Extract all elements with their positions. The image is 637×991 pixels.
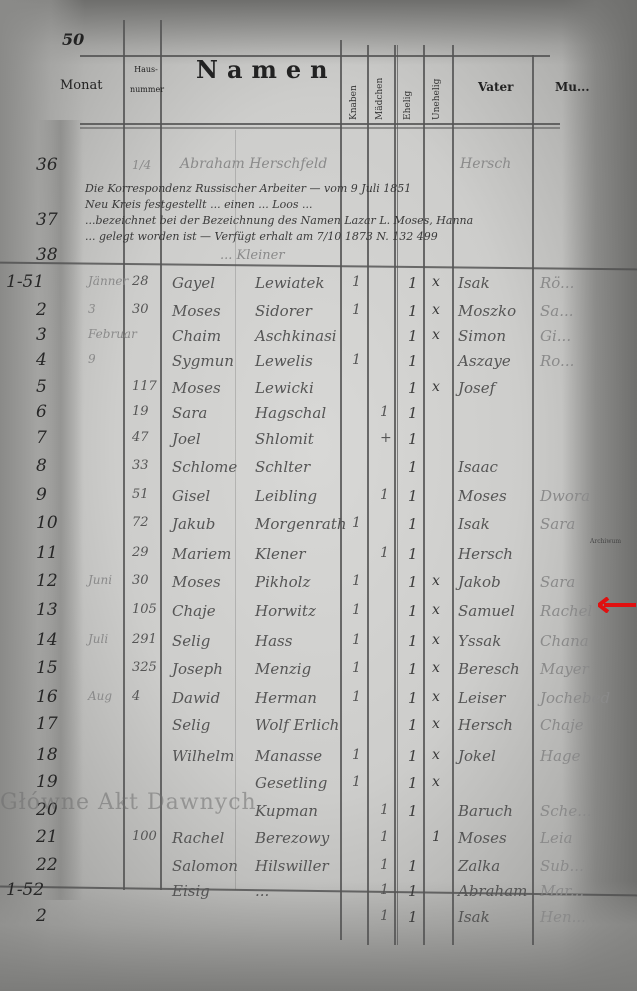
header-names: Namen <box>196 55 337 84</box>
house-cell: 117 <box>132 379 157 394</box>
legit-cell: 1 <box>408 352 418 370</box>
boy-cell: 1 <box>352 302 361 318</box>
boy-cell: 1 <box>352 515 361 531</box>
legit-cell: 1 <box>408 857 418 875</box>
row-index: 4 <box>36 350 47 370</box>
row-index: 10 <box>36 513 58 533</box>
first-cell: Selig <box>172 716 210 734</box>
boy-cell: 1 <box>352 689 361 705</box>
last-cell: Manasse <box>255 747 322 765</box>
mother-cell: Chana <box>540 632 589 650</box>
father-cell: Josef <box>458 379 495 397</box>
father-cell: Hersch <box>458 716 513 734</box>
first-cell: Salomon <box>172 857 238 875</box>
girl-cell: 1 <box>380 857 389 873</box>
first-cell: Gisel <box>172 487 210 505</box>
illeg-cell: x <box>432 689 440 705</box>
girl-cell: + <box>380 430 392 446</box>
boy-cell: 1 <box>352 774 361 790</box>
first-cell: Sygmun <box>172 352 234 370</box>
father-name: Hersch <box>460 156 511 172</box>
father-cell: Abraham <box>458 882 527 900</box>
month-cell: 3 <box>88 302 96 316</box>
house-number: 1/4 <box>132 158 151 172</box>
first-cell: Chaje <box>172 602 216 620</box>
year-divider-1851 <box>0 262 637 271</box>
row-index: 22 <box>36 855 58 875</box>
month-cell: Jänner <box>88 274 128 288</box>
father-cell: Simon <box>458 327 506 345</box>
legit-cell: 1 <box>408 802 418 820</box>
col-rule-boys <box>367 45 369 945</box>
first-cell: Joel <box>172 430 201 448</box>
house-cell: 19 <box>132 404 149 419</box>
legit-cell: 1 <box>408 602 418 620</box>
girl-cell: 1 <box>380 545 389 561</box>
last-cell: Gesetling <box>255 774 327 792</box>
header-girls: Mädchen <box>375 65 385 120</box>
header-legitimate: Ehelig <box>403 75 413 120</box>
last-cell: Morgenrath <box>255 515 347 533</box>
house-cell: 28 <box>132 274 149 289</box>
first-cell: Moses <box>172 573 221 591</box>
last-cell: ... <box>255 882 269 900</box>
father-cell: Isak <box>458 274 490 292</box>
child-name: ... Kleiner <box>220 248 285 263</box>
mother-cell: Gi... <box>540 327 571 345</box>
legit-cell: 1 <box>408 515 418 533</box>
row-index: 36 <box>36 155 58 175</box>
header-father: Vater <box>478 80 513 94</box>
row-index: 38 <box>36 245 58 265</box>
last-cell: Horwitz <box>255 602 316 620</box>
house-cell: 325 <box>132 660 157 675</box>
col-rule-legit <box>423 45 425 945</box>
row-index: 21 <box>36 827 58 847</box>
father-cell: Jakob <box>458 573 501 591</box>
legit-cell: 1 <box>408 458 418 476</box>
row-index: 2 <box>36 300 47 320</box>
house-cell: 51 <box>132 487 149 502</box>
last-cell: Aschkinasi <box>255 327 337 345</box>
month-cell: Juli <box>88 632 108 646</box>
first-cell: Rachel <box>172 829 224 847</box>
father-cell: Leiser <box>458 689 505 707</box>
header-bottom-rule-2 <box>80 127 560 129</box>
col-rule-girls-2 <box>397 45 398 945</box>
annotation-line: ... gelegt worden ist — Verfügt erhalt a… <box>85 230 438 243</box>
last-cell: Menzig <box>255 660 311 678</box>
legit-cell: 1 <box>408 689 418 707</box>
row-index: 11 <box>36 543 58 563</box>
house-cell: 30 <box>132 573 149 588</box>
first-cell: Moses <box>172 302 221 320</box>
father-cell: Jokel <box>458 747 496 765</box>
col-rule-house <box>160 20 162 890</box>
last-cell: Hilswiller <box>255 857 329 875</box>
first-cell: Moses <box>172 379 221 397</box>
col-rule-month <box>123 20 125 890</box>
row-index: 8 <box>36 456 47 476</box>
mother-cell: Hen... <box>540 908 586 926</box>
house-cell: 30 <box>132 302 149 317</box>
illeg-cell: x <box>432 379 440 395</box>
mother-cell: Ro... <box>540 352 574 370</box>
illeg-cell: x <box>432 660 440 676</box>
father-cell: Isak <box>458 515 490 533</box>
legit-cell: 1 <box>408 747 418 765</box>
mother-cell: Sa... <box>540 302 574 320</box>
last-cell: Hagschal <box>255 404 326 422</box>
legit-cell: 1 <box>408 660 418 678</box>
header-boys: Knaben <box>349 70 359 120</box>
father-cell: Zalka <box>458 857 500 875</box>
last-cell: Hass <box>255 632 292 650</box>
boy-cell: 1 <box>352 632 361 648</box>
register-page: 50 Monat Haus-nummer Namen Knaben Mädche… <box>0 0 637 991</box>
illeg-cell: x <box>432 573 440 589</box>
house-cell: 291 <box>132 632 157 647</box>
last-cell: Wolf Erlich <box>255 716 339 734</box>
month-cell: Juni <box>88 573 112 587</box>
month-cell: Aug <box>88 689 112 703</box>
legit-cell: 1 <box>408 632 418 650</box>
illeg-cell: x <box>432 716 440 732</box>
girl-cell: 1 <box>380 487 389 503</box>
header-bottom-rule <box>80 123 560 125</box>
first-cell: Jakub <box>172 515 215 533</box>
illeg-cell: x <box>432 632 440 648</box>
last-cell: Pikholz <box>255 573 310 591</box>
row-index: 18 <box>36 745 58 765</box>
first-cell: Selig <box>172 632 210 650</box>
house-cell: 100 <box>132 829 157 844</box>
legit-cell: 1 <box>408 487 418 505</box>
row-index: 5 <box>36 377 47 397</box>
last-cell: Lewelis <box>255 352 313 370</box>
col-rule-father <box>532 55 534 945</box>
boy-cell: 1 <box>352 602 361 618</box>
girl-cell: 1 <box>380 802 389 818</box>
col-rule-name <box>340 40 342 940</box>
mother-cell: Jochebed <box>540 689 610 707</box>
father-cell: Moses <box>458 487 507 505</box>
header-illegitimate: Unehelig <box>432 65 442 120</box>
mother-cell: Sara <box>540 515 575 533</box>
father-cell: Aszaye <box>458 352 511 370</box>
father-cell: Hersch <box>458 545 513 563</box>
first-cell: Joseph <box>172 660 223 678</box>
boy-cell: 1 <box>352 660 361 676</box>
legit-cell: 1 <box>408 327 418 345</box>
boy-cell: 1 <box>352 352 361 368</box>
last-cell: Lewicki <box>255 379 314 397</box>
house-cell: 33 <box>132 458 149 473</box>
father-cell: Beresch <box>458 660 520 678</box>
last-cell: Kupman <box>255 802 318 820</box>
row-index: 3 <box>36 325 47 345</box>
legit-cell: 1 <box>408 774 418 792</box>
mother-cell: Chaje <box>540 716 584 734</box>
mother-cell: Hage <box>540 747 581 765</box>
last-cell: Shlomit <box>255 430 314 448</box>
illeg-cell: x <box>432 747 440 763</box>
mother-cell: Mayer <box>540 660 589 678</box>
girl-cell: 1 <box>380 829 389 845</box>
illeg-cell: x <box>432 327 440 343</box>
mother-cell: Dwora <box>540 487 590 505</box>
child-name: Abraham Herschfeld <box>180 156 327 172</box>
row-index: 19 <box>36 772 58 792</box>
illeg-cell: x <box>432 774 440 790</box>
illeg-cell: x <box>432 302 440 318</box>
first-cell: Mariem <box>172 545 231 563</box>
father-cell: Isaac <box>458 458 498 476</box>
illeg-cell: 1 <box>432 829 441 845</box>
father-cell: Moszko <box>458 302 516 320</box>
month-cell: Februar <box>88 327 137 341</box>
house-cell: 72 <box>132 515 149 530</box>
father-cell: Moses <box>458 829 507 847</box>
girl-cell: 1 <box>380 908 389 924</box>
row-index: 16 <box>36 687 58 707</box>
red-arrow-icon <box>598 597 636 613</box>
row-index: 17 <box>36 714 58 734</box>
father-cell: Yssak <box>458 632 501 650</box>
first-cell: Schlome <box>172 458 237 476</box>
header-house-number: Haus-nummer <box>130 60 162 100</box>
legit-cell: 1 <box>408 404 418 422</box>
month-cell: 9 <box>88 352 96 366</box>
row-index: 1-51 <box>6 272 44 292</box>
header-month: Monat <box>60 78 103 93</box>
first-cell: Sara <box>172 404 207 422</box>
legit-cell: 1 <box>408 908 418 926</box>
col-rule-illegit <box>452 45 454 945</box>
last-cell: Lewiatek <box>255 274 324 292</box>
row-index: 13 <box>36 600 58 620</box>
annotation-line: Die Korrespondenz Russischer Arbeiter — … <box>85 182 411 195</box>
first-cell: Chaim <box>172 327 221 345</box>
legit-cell: 1 <box>408 274 418 292</box>
mother-cell: Sara <box>540 573 575 591</box>
first-cell: Eisig <box>172 882 210 900</box>
last-cell: Leibling <box>255 487 317 505</box>
illeg-cell: x <box>432 274 440 290</box>
margin-note: Archiwum <box>590 538 621 545</box>
legit-cell: 1 <box>408 573 418 591</box>
legit-cell: 1 <box>408 545 418 563</box>
father-cell: Isak <box>458 908 490 926</box>
col-rule-name-split <box>235 130 236 890</box>
row-index: 6 <box>36 402 47 422</box>
legit-cell: 1 <box>408 882 418 900</box>
mother-cell: Mar... <box>540 882 584 900</box>
illeg-cell: x <box>432 602 440 618</box>
first-cell: Gayel <box>172 274 215 292</box>
mother-cell: Rachel <box>540 602 592 620</box>
mother-cell: Sub... <box>540 857 584 875</box>
row-index: 7 <box>36 428 47 448</box>
last-cell: Sidorer <box>255 302 312 320</box>
archive-watermark: Główne Akt Dawnych <box>0 790 257 815</box>
girl-cell: 1 <box>380 882 389 898</box>
house-cell: 4 <box>132 689 140 704</box>
legit-cell: 1 <box>408 302 418 320</box>
last-cell: Klener <box>255 545 306 563</box>
annotation-line: Neu Kreis festgestellt ... einen ... Loo… <box>85 198 312 211</box>
row-index: 2 <box>36 906 47 926</box>
row-index: 37 <box>36 210 58 230</box>
mother-cell: Sche... <box>540 802 592 820</box>
first-cell: Wilhelm <box>172 747 234 765</box>
boy-cell: 1 <box>352 274 361 290</box>
girl-cell: 1 <box>380 404 389 420</box>
row-index: 14 <box>36 630 58 650</box>
legit-cell: 1 <box>408 430 418 448</box>
row-index: 9 <box>36 485 47 505</box>
last-cell: Schlter <box>255 458 310 476</box>
row-index: 1-52 <box>6 880 44 900</box>
father-cell: Baruch <box>458 802 513 820</box>
house-cell: 105 <box>132 602 157 617</box>
row-index: 15 <box>36 658 58 678</box>
annotation-line: ...bezeichnet bei der Bezeichnung des Na… <box>85 214 473 227</box>
legit-cell: 1 <box>408 716 418 734</box>
last-cell: Herman <box>255 689 317 707</box>
row-index: 12 <box>36 571 58 591</box>
father-cell: Samuel <box>458 602 515 620</box>
header-mother: Mu... <box>555 80 590 94</box>
last-cell: Berezowy <box>255 829 329 847</box>
mother-cell: Rö... <box>540 274 574 292</box>
house-cell: 47 <box>132 430 149 445</box>
house-cell: 29 <box>132 545 149 560</box>
legit-cell: 1 <box>408 379 418 397</box>
first-cell: Dawid <box>172 689 220 707</box>
mother-cell: Leia <box>540 829 573 847</box>
col-rule-girls <box>394 45 396 945</box>
boy-cell: 1 <box>352 573 361 589</box>
boy-cell: 1 <box>352 747 361 763</box>
page-number: 50 <box>62 30 84 49</box>
